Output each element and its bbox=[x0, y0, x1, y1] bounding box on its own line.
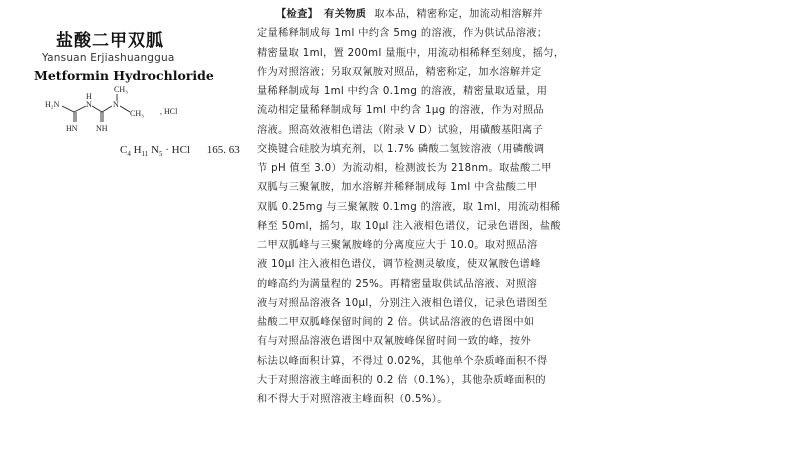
text-line: 和不得大于对照溶液主峰面积（0.5%）。 bbox=[257, 390, 529, 409]
formula-salt: · HCl bbox=[163, 144, 191, 156]
text-line: 释至 50ml，摇匀，取 10μl 注入液相色谱仪，记录色谱图，盐酸 bbox=[257, 217, 529, 236]
text-line: 标法以峰面积计算，不得过 0.02%，其他单个杂质峰面积不得 bbox=[257, 352, 529, 371]
molecular-weight: 165. 63 bbox=[207, 144, 240, 156]
text-line: 液 10μl 注入液相色谱仪，调节检测灵敏度，使双氰胺色谱峰 bbox=[257, 255, 529, 274]
label-ch3-top: CH₃ bbox=[114, 85, 128, 94]
label-nh: NH bbox=[96, 124, 108, 133]
chinese-drug-name: 盐酸二甲双胍 bbox=[56, 26, 164, 51]
text-line: 溶液。照高效液相色谱法（附录 V D）试验，用磺酸基阳离子 bbox=[257, 121, 529, 140]
text-line: 量稀释制成每 1ml 中约含 0.1mg 的溶液，精密量取适量，用 bbox=[257, 82, 529, 101]
text-line: 大于对照溶液主峰面积的 0.2 倍（0.1%），其他杂质峰面积的 bbox=[257, 371, 529, 390]
text-line: 的峰高约为满量程的 25%。再精密量取供试品溶液、对照溶 bbox=[257, 275, 529, 294]
text-line: 节 pH 值至 3.0）为流动相，检测波长为 218nm。取盐酸二甲 bbox=[257, 159, 529, 178]
text-line: 定量稀释制成每 1ml 中约含 5mg 的溶液，作为供试品溶液； bbox=[257, 24, 529, 43]
label-h2n: H₂N bbox=[45, 100, 60, 109]
molecular-formula: C4 H11 N5 · HCl 165. 63 bbox=[120, 144, 240, 158]
formula-nitrogen: N bbox=[151, 144, 159, 156]
formula-hydrogen: H bbox=[134, 144, 142, 156]
topic-label: 有关物质 bbox=[324, 9, 366, 20]
label-hcl-salt: , HCl bbox=[160, 107, 178, 116]
text-line: 精密量取 1ml，置 200ml 量瓶中，用流动相稀释至刻度，摇匀， bbox=[257, 44, 529, 63]
text-line: 双胍与三聚氰胺，加水溶解并稀释制成每 1ml 中含盐酸二甲 bbox=[257, 178, 529, 197]
test-section-body: 【检查】有关物质取本品，精密称定，加流动相溶解并 定量稀释制成每 1ml 中约含… bbox=[257, 5, 529, 409]
text-line: 流动相定量稀释制成每 1ml 中约含 1μg 的溶液，作为对照品 bbox=[257, 101, 529, 120]
text-line: 液与对照品溶液各 10μl，分别注入液相色谱仪，记录色谱图至 bbox=[257, 294, 529, 313]
formula-hydrogen-count: 11 bbox=[142, 150, 149, 158]
text-line: 交换键合硅胶为填充剂，以 1.7% 磷酸二氢铵溶液（用磷酸调 bbox=[257, 140, 529, 159]
label-hn: HN bbox=[66, 124, 78, 133]
english-drug-name: Metformin Hydrochloride bbox=[34, 68, 214, 83]
label-ch3-right: CH₃ bbox=[130, 109, 144, 118]
label-n-bridge: N bbox=[86, 100, 92, 109]
pinyin-drug-name: Yansuan Erjiashuanggua bbox=[42, 52, 175, 64]
text-line: 双胍 0.25mg 与三聚氰胺 0.1mg 的溶液，取 1ml，用流动相稀 bbox=[257, 198, 529, 217]
text-line: 有与对照品溶液色谱图中双氰胺峰保留时间一致的峰，按外 bbox=[257, 332, 529, 351]
structural-formula-diagram: H₂N H N N CH₃ CH₃ HN NH , HCl bbox=[40, 84, 230, 144]
text-line-1: 【检查】有关物质取本品，精密称定，加流动相溶解并 bbox=[257, 5, 529, 24]
label-n-dimethyl: N bbox=[113, 100, 119, 109]
formula-carbon-count: 4 bbox=[127, 150, 131, 158]
section-label: 【检查】 bbox=[276, 9, 318, 20]
text-line: 盐酸二甲双胍峰保留时间的 2 倍。供试品溶液的色谱图中如 bbox=[257, 313, 529, 332]
text-line: 二甲双胍峰与三聚氰胺峰的分离度应大于 10.0。取对照品溶 bbox=[257, 236, 529, 255]
text-line-content: 取本品，精密称定，加流动相溶解并 bbox=[374, 9, 543, 20]
text-line: 作为对照溶液；另取双氰胺对照品，精密称定，加水溶解并定 bbox=[257, 63, 529, 82]
